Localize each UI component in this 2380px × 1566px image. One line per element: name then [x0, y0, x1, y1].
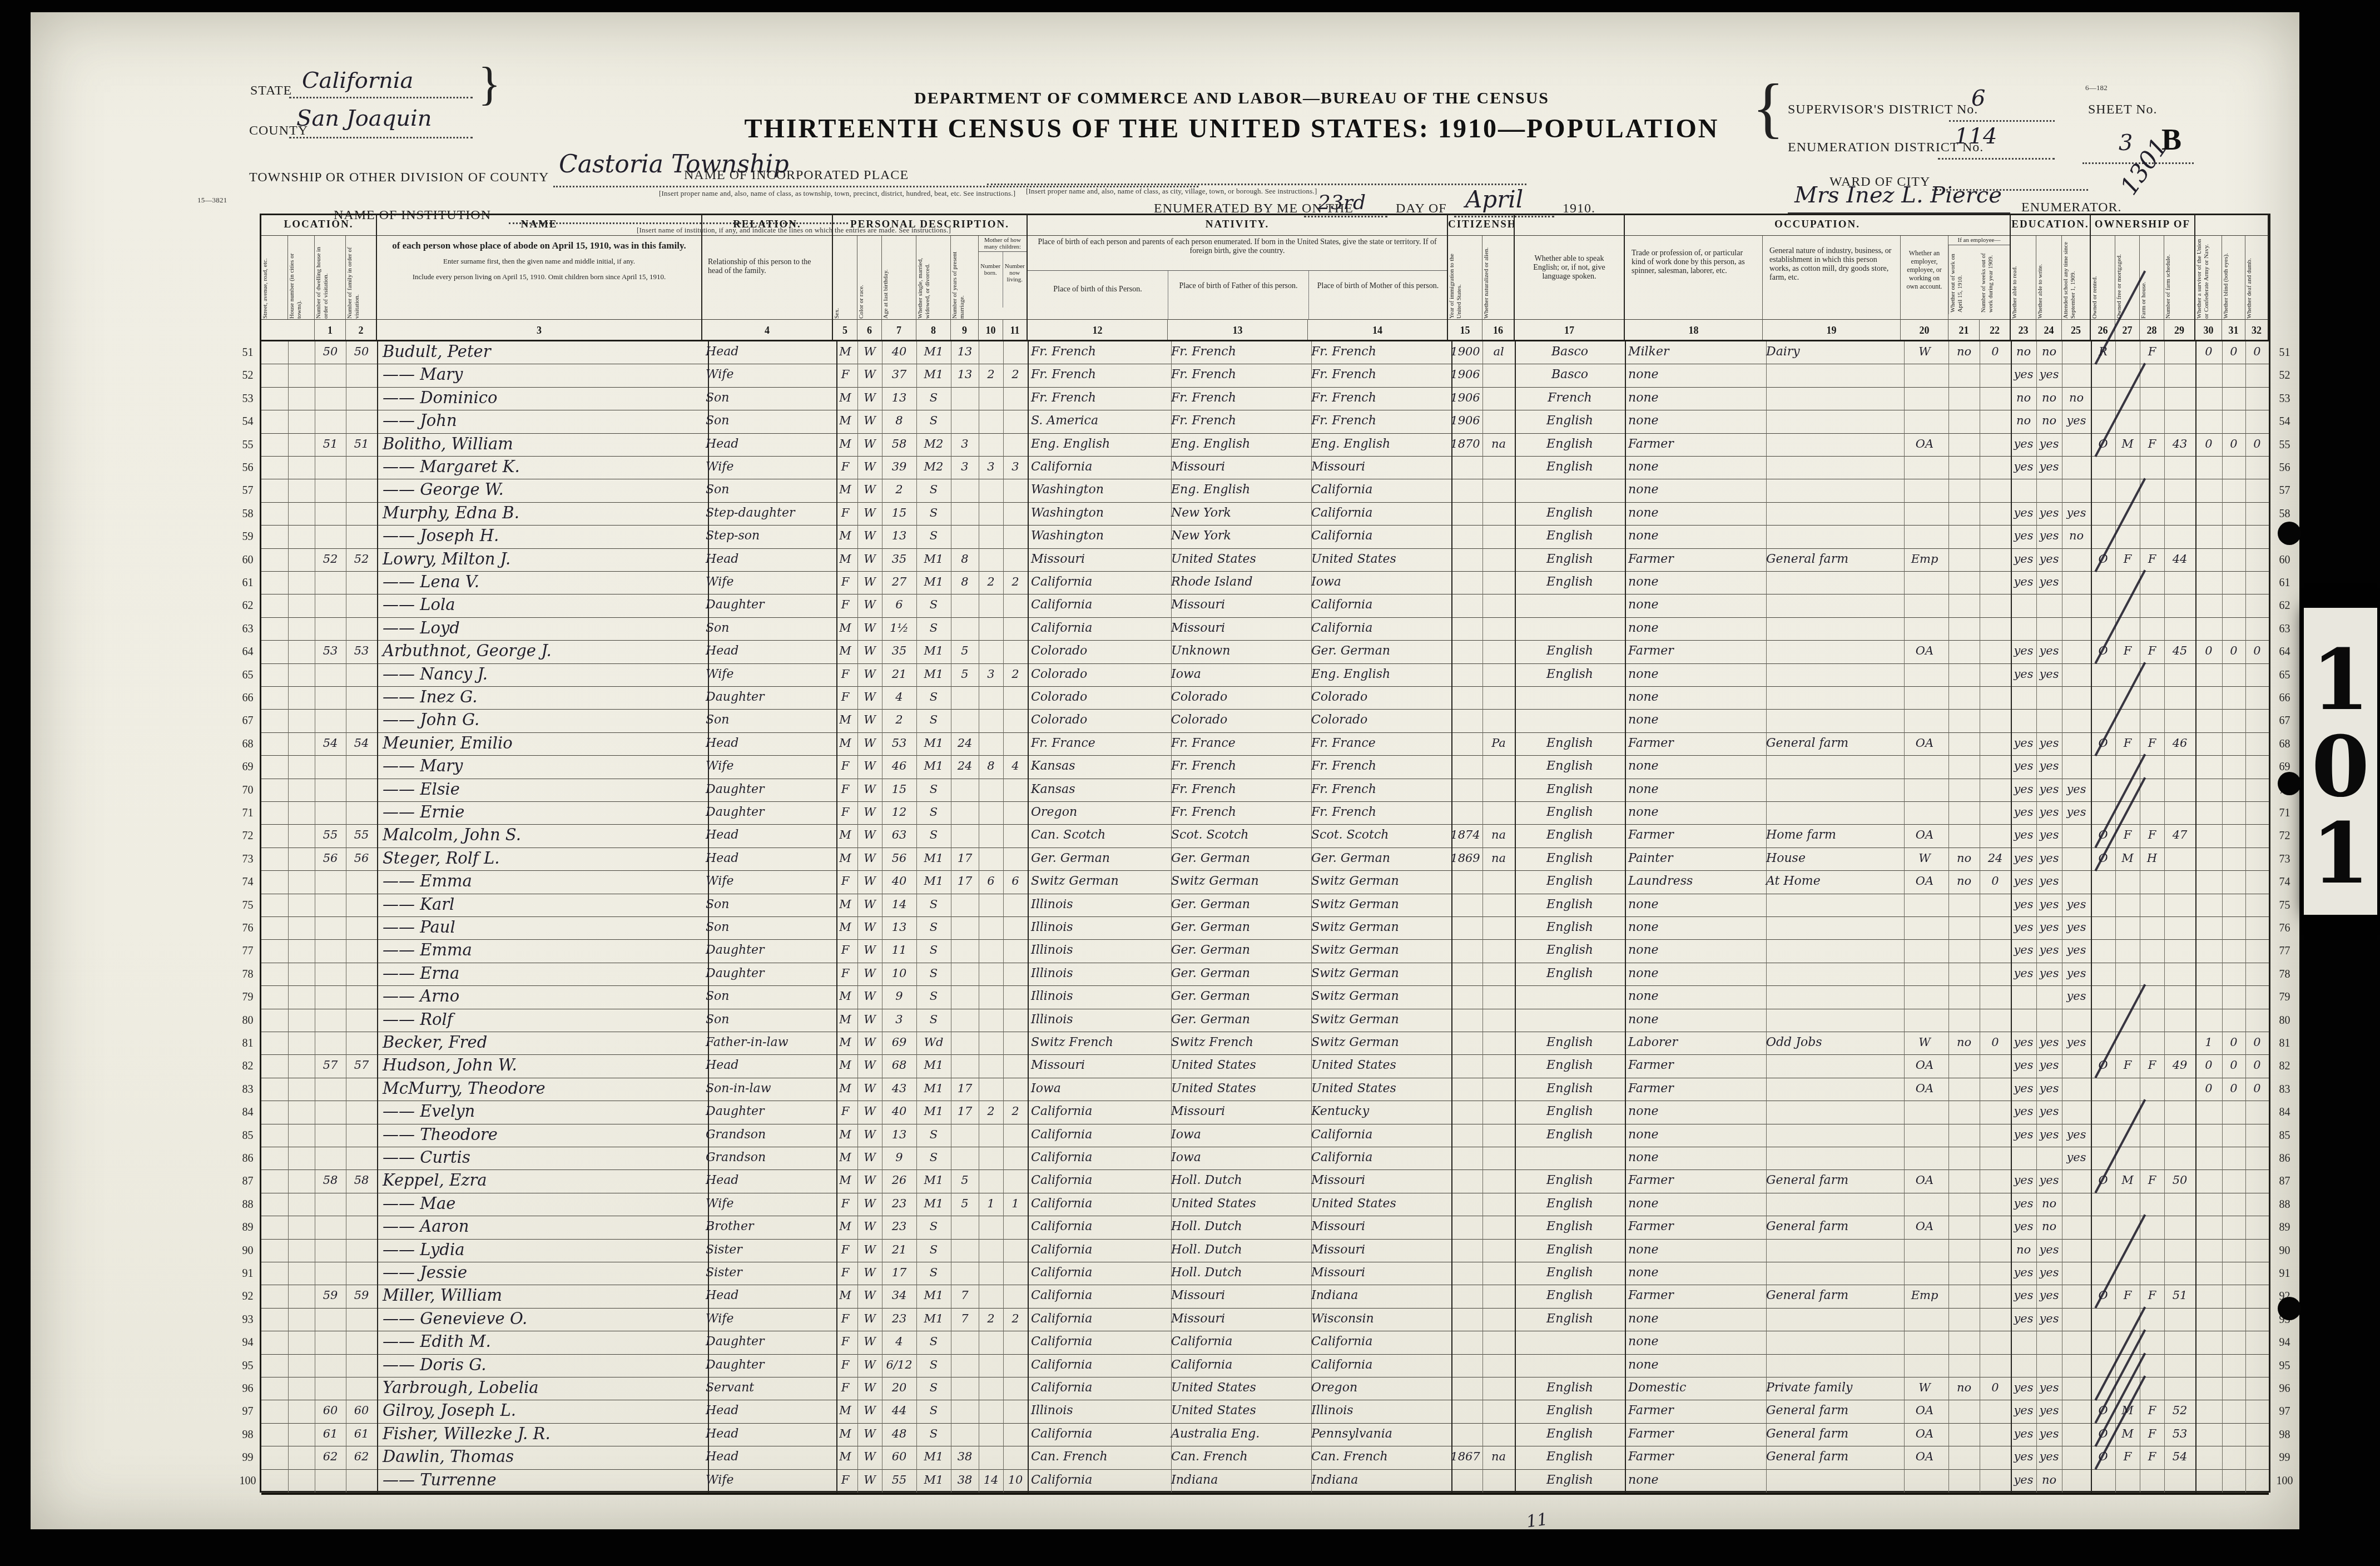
cell-imm: [1448, 1147, 1483, 1170]
cell-deaf: [2245, 1377, 2270, 1400]
cell-age: 23: [882, 1193, 917, 1216]
cell-out: [1948, 503, 1980, 526]
cell-vet: [2195, 1262, 2223, 1285]
cell-fam: [346, 618, 378, 641]
cell-free: [2115, 687, 2140, 710]
cell-pobf: United States: [1168, 1055, 1312, 1078]
cell-street: [261, 1331, 289, 1354]
column-group-header: [1515, 214, 1625, 236]
cell-cl: [1003, 1424, 1029, 1446]
cell-house: [288, 1309, 315, 1331]
cell-fam: [346, 917, 378, 940]
cell-name: —— Loyd: [377, 618, 709, 641]
cell-blind: [2222, 1331, 2246, 1354]
cell-sched: [2164, 388, 2196, 410]
cell-blind: [2222, 1262, 2246, 1285]
cell-ind: General farm: [1763, 1170, 1905, 1193]
cell-out: [1948, 940, 1980, 963]
cell-street: [261, 1055, 289, 1078]
cell-occ: Milker: [1625, 341, 1767, 364]
cell-farm: F: [2140, 341, 2165, 364]
cell-write: [2036, 1147, 2062, 1170]
cell-pob: Washington: [1028, 503, 1172, 526]
cell-vet: [2195, 479, 2223, 502]
line-number: 54: [236, 410, 259, 433]
cell-own: [2091, 917, 2116, 940]
cell-sex: F: [833, 572, 858, 594]
cell-lang: English: [1515, 1446, 1626, 1469]
cell-pobf: Can. French: [1168, 1446, 1312, 1469]
cell-fam: [346, 871, 378, 894]
cell-free: F: [2115, 1285, 2140, 1308]
cell-fam: [346, 503, 378, 526]
cell-occ: Farmer: [1625, 1285, 1767, 1308]
cell-read: [2011, 594, 2037, 617]
cell-color: W: [857, 1078, 882, 1101]
cell-name: —— Dominico: [377, 388, 709, 410]
cell-dw: 51: [315, 434, 346, 457]
cell-yrs: [951, 1377, 979, 1400]
cell-imm: [1448, 549, 1483, 572]
cell-color: W: [857, 733, 882, 756]
cell-name: —— Turrenne: [377, 1470, 709, 1493]
cell-pobf: United States: [1168, 1400, 1312, 1423]
cell-emp: [1901, 1147, 1949, 1170]
cell-read: [2011, 479, 2037, 502]
cell-deaf: [2245, 457, 2270, 479]
cell-sex: M: [833, 1124, 858, 1147]
cell-street: [261, 479, 289, 502]
cell-pobf: Ger. German: [1168, 940, 1312, 963]
cell-sex: F: [833, 1470, 858, 1493]
cell-out: [1948, 594, 1980, 617]
cell-occ: none: [1625, 894, 1767, 917]
cell-name: —— Ernie: [377, 802, 709, 825]
cell-school: [2062, 1240, 2092, 1262]
cell-nat: [1482, 1101, 1516, 1124]
cell-cl: [1003, 1009, 1029, 1032]
cell-read: yes: [2011, 802, 2037, 825]
cell-pob: Can. French: [1028, 1446, 1172, 1469]
cell-pob: California: [1028, 572, 1172, 594]
cell-rel: Son: [702, 479, 837, 502]
cell-street: [261, 1377, 289, 1400]
cell-sex: M: [833, 710, 858, 732]
cell-blind: [2222, 1400, 2246, 1423]
cell-pobm: California: [1308, 1355, 1452, 1377]
cell-ind: [1763, 1331, 1905, 1354]
cell-mar: S: [916, 388, 951, 410]
cell-pobf: United States: [1168, 1377, 1312, 1400]
cell-sched: [2164, 479, 2196, 502]
cell-name: Murphy, Edna B.: [377, 503, 709, 526]
cell-emp: [1901, 1262, 1949, 1285]
cell-nat: [1482, 1240, 1516, 1262]
cell-mar: M1: [916, 549, 951, 572]
cell-name: —— Rolf: [377, 1009, 709, 1032]
cell-fam: [346, 572, 378, 594]
line-number: 62: [2272, 594, 2297, 617]
cell-lang: [1515, 1331, 1626, 1354]
cell-dw: [315, 664, 346, 687]
cell-street: [261, 963, 289, 986]
cell-yrs: [951, 1124, 979, 1147]
cell-read: yes: [2011, 549, 2037, 572]
cell-farm: [2140, 594, 2165, 617]
cell-age: 40: [882, 1101, 917, 1124]
cell-name: Fisher, Willezke J. R.: [377, 1424, 709, 1446]
cell-nat: [1482, 1009, 1516, 1032]
cell-own: [2091, 1193, 2116, 1216]
cell-free: F: [2115, 549, 2140, 572]
cell-occ: none: [1625, 1262, 1767, 1285]
cell-dw: [315, 710, 346, 732]
cell-imm: [1448, 594, 1483, 617]
cell-yrs: [951, 1262, 979, 1285]
col-desc-vertical: Owned free or mortgaged.: [2115, 236, 2140, 319]
cell-occ: none: [1625, 1331, 1767, 1354]
cell-imm: [1448, 503, 1483, 526]
cell-mar: M1: [916, 664, 951, 687]
cell-pobm: Colorado: [1308, 710, 1452, 732]
cell-dw: [315, 1193, 346, 1216]
cell-out: [1948, 986, 1980, 1009]
cell-fam: [346, 710, 378, 732]
cell-vet: [2195, 526, 2223, 548]
cell-color: W: [857, 434, 882, 457]
cell-school: no: [2062, 526, 2092, 548]
cell-dw: [315, 410, 346, 433]
cell-farm: [2140, 940, 2165, 963]
cell-street: [261, 687, 289, 710]
cell-emp: [1901, 618, 1949, 641]
cell-fam: [346, 986, 378, 1009]
cell-house: [288, 1400, 315, 1423]
cell-street: [261, 825, 289, 848]
cell-age: 2: [882, 479, 917, 502]
cell-occ: none: [1625, 1147, 1767, 1170]
cell-yrs: 17: [951, 871, 979, 894]
line-number: 72: [236, 825, 259, 848]
cell-lang: English: [1515, 1309, 1626, 1331]
cell-pob: Colorado: [1028, 687, 1172, 710]
cell-dw: 60: [315, 1400, 346, 1423]
cell-mar: S: [916, 594, 951, 617]
cell-own: [2091, 779, 2116, 802]
cell-dw: [315, 1078, 346, 1101]
cell-cb: [979, 1377, 1004, 1400]
cell-house: [288, 618, 315, 641]
cell-cb: 1: [979, 1193, 1004, 1216]
cell-cb: [979, 1446, 1004, 1469]
cell-house: [288, 1193, 315, 1216]
cell-vet: 0: [2195, 434, 2223, 457]
cell-street: [261, 434, 289, 457]
cell-rel: Head: [702, 1055, 837, 1078]
cell-imm: 1870: [1448, 434, 1483, 457]
cell-blind: [2222, 1470, 2246, 1493]
cell-nat: [1482, 572, 1516, 594]
cell-color: W: [857, 802, 882, 825]
cell-sex: F: [833, 687, 858, 710]
cell-blind: [2222, 364, 2246, 387]
cell-yrs: 5: [951, 664, 979, 687]
cell-write: yes: [2036, 1400, 2062, 1423]
cell-write: yes: [2036, 1285, 2062, 1308]
cell-color: W: [857, 940, 882, 963]
cell-dw: [315, 1470, 346, 1493]
cell-own: [2091, 479, 2116, 502]
cell-name: McMurry, Theodore: [377, 1078, 709, 1101]
cell-cl: [1003, 848, 1029, 871]
cell-rel: Head: [702, 848, 837, 871]
cell-rel: Servant: [702, 1377, 837, 1400]
cell-dw: [315, 364, 346, 387]
cell-street: [261, 733, 289, 756]
cell-blind: [2222, 410, 2246, 433]
cell-wks: [1980, 503, 2012, 526]
cell-imm: [1448, 733, 1483, 756]
line-number: 77: [236, 940, 259, 963]
column-number: 32: [2245, 319, 2269, 341]
cell-house: [288, 894, 315, 917]
cell-cl: [1003, 894, 1029, 917]
cell-blind: [2222, 594, 2246, 617]
cell-nat: [1482, 894, 1516, 917]
cell-blind: 0: [2222, 1078, 2246, 1101]
cell-vet: [2195, 871, 2223, 894]
cell-read: [2011, 710, 2037, 732]
cell-age: 13: [882, 388, 917, 410]
cell-color: W: [857, 1400, 882, 1423]
cell-nat: [1482, 526, 1516, 548]
cell-deaf: [2245, 503, 2270, 526]
cell-vet: [2195, 825, 2223, 848]
col-desc-language: Whether able to speak English; or, if no…: [1515, 236, 1625, 319]
cell-deaf: [2245, 802, 2270, 825]
cell-pob: California: [1028, 1216, 1172, 1239]
cell-ind: [1763, 503, 1905, 526]
cell-yrs: 38: [951, 1446, 979, 1469]
cell-imm: [1448, 1400, 1483, 1423]
cell-nat: [1482, 687, 1516, 710]
cell-read: yes: [2011, 364, 2037, 387]
cell-dw: 62: [315, 1446, 346, 1469]
cell-school: yes: [2062, 1032, 2092, 1055]
cell-name: —— Erna: [377, 963, 709, 986]
cell-lang: English: [1515, 526, 1626, 548]
cell-age: 63: [882, 825, 917, 848]
cell-age: 53: [882, 733, 917, 756]
cell-ind: [1763, 917, 1905, 940]
cell-dw: [315, 526, 346, 548]
cell-vet: [2195, 1355, 2223, 1377]
cell-age: 15: [882, 779, 917, 802]
cell-dw: [315, 1147, 346, 1170]
cell-write: yes: [2036, 434, 2062, 457]
line-number: 88: [2272, 1193, 2297, 1216]
cell-rel: Son: [702, 410, 837, 433]
cell-dw: [315, 572, 346, 594]
cell-pob: California: [1028, 594, 1172, 617]
incorporated-note: [Insert proper name and, also, name of c…: [1026, 187, 1317, 196]
cell-age: 13: [882, 1124, 917, 1147]
cell-write: [2036, 618, 2062, 641]
cell-out: [1948, 894, 1980, 917]
cell-occ: none: [1625, 917, 1767, 940]
cell-farm: F: [2140, 549, 2165, 572]
cell-rel: Daughter: [702, 1101, 837, 1124]
cell-farm: [2140, 1470, 2165, 1493]
cell-pobf: United States: [1168, 1078, 1312, 1101]
cell-school: yes: [2062, 917, 2092, 940]
census-sheet: 15—3821 STATE California } COUNTY San Jo…: [31, 12, 2299, 1529]
cell-emp: Emp: [1901, 1285, 1949, 1308]
cell-sched: 45: [2164, 641, 2196, 663]
cell-deaf: 0: [2245, 1055, 2270, 1078]
cell-sched: [2164, 572, 2196, 594]
cell-cl: 3: [1003, 457, 1029, 479]
cell-lang: English: [1515, 963, 1626, 986]
cell-pobf: Fr. French: [1168, 341, 1312, 364]
cell-pobf: Iowa: [1168, 1124, 1312, 1147]
cell-out: [1948, 1262, 1980, 1285]
cell-vet: [2195, 1124, 2223, 1147]
cell-dw: [315, 1331, 346, 1354]
cell-cl: [1003, 733, 1029, 756]
cell-yrs: [951, 825, 979, 848]
cell-farm: [2140, 917, 2165, 940]
cell-street: [261, 1240, 289, 1262]
cell-lang: English: [1515, 894, 1626, 917]
cell-cb: [979, 1147, 1004, 1170]
cell-mar: S: [916, 802, 951, 825]
cell-wks: [1980, 1078, 2012, 1101]
cell-yrs: [951, 1424, 979, 1446]
cell-fam: [346, 963, 378, 986]
cell-school: [2062, 1309, 2092, 1331]
cell-blind: [2222, 388, 2246, 410]
cell-color: W: [857, 1101, 882, 1124]
cell-wks: [1980, 779, 2012, 802]
cell-mar: S: [916, 503, 951, 526]
cell-occ: Farmer: [1625, 434, 1767, 457]
brace-left: }: [478, 63, 500, 106]
cell-emp: [1901, 894, 1949, 917]
cell-sched: [2164, 848, 2196, 871]
cell-pobf: Missouri: [1168, 1285, 1312, 1308]
cell-mar: M1: [916, 1170, 951, 1193]
cell-pobf: Eng. English: [1168, 479, 1312, 502]
cell-pobf: Fr. French: [1168, 756, 1312, 779]
cell-occ: none: [1625, 1240, 1767, 1262]
cell-deaf: [2245, 1400, 2270, 1423]
cell-rel: Head: [702, 1170, 837, 1193]
cell-rel: Son: [702, 986, 837, 1009]
cell-cl: [1003, 503, 1029, 526]
cell-sched: [2164, 1216, 2196, 1239]
cell-blind: [2222, 1240, 2246, 1262]
cell-cl: [1003, 1262, 1029, 1285]
cell-sched: 52: [2164, 1400, 2196, 1423]
line-number: 84: [2272, 1101, 2297, 1124]
cell-out: [1948, 1424, 1980, 1446]
cell-name: —— Lydia: [377, 1240, 709, 1262]
cell-dw: 57: [315, 1055, 346, 1078]
cell-lang: Basco: [1515, 341, 1626, 364]
cell-sched: [2164, 986, 2196, 1009]
cell-read: yes: [2011, 894, 2037, 917]
cell-imm: [1448, 526, 1483, 548]
cell-cl: [1003, 802, 1029, 825]
cell-cb: 2: [979, 572, 1004, 594]
line-number: 85: [236, 1124, 259, 1147]
cell-age: 34: [882, 1285, 917, 1308]
cell-age: 48: [882, 1424, 917, 1446]
cell-street: [261, 641, 289, 663]
line-number: 76: [2272, 917, 2297, 940]
cell-read: yes: [2011, 940, 2037, 963]
cell-pob: Colorado: [1028, 641, 1172, 663]
cell-emp: [1901, 1355, 1949, 1377]
cell-deaf: [2245, 479, 2270, 502]
cell-out: [1948, 1355, 1980, 1377]
cell-pob: Illinois: [1028, 917, 1172, 940]
line-number: 89: [2272, 1216, 2297, 1239]
cell-read: [2011, 687, 2037, 710]
cell-mar: M1: [916, 1078, 951, 1101]
cell-ind: [1763, 940, 1905, 963]
cell-mar: S: [916, 1216, 951, 1239]
col-desc-mother: Mother of how many children:Number born.…: [979, 236, 1028, 319]
cell-out: [1948, 410, 1980, 433]
cell-cb: [979, 986, 1004, 1009]
cell-farm: [2140, 1193, 2165, 1216]
cell-imm: [1448, 963, 1483, 986]
cell-sched: [2164, 1377, 2196, 1400]
cell-farm: [2140, 871, 2165, 894]
cell-mar: M1: [916, 364, 951, 387]
cell-lang: English: [1515, 1285, 1626, 1308]
cell-dw: [315, 618, 346, 641]
cell-vet: [2195, 687, 2223, 710]
col-desc-vertical: Year of immigration to the United States…: [1448, 236, 1482, 319]
cell-vet: 0: [2195, 1055, 2223, 1078]
line-number: 51: [2272, 341, 2297, 364]
cell-color: W: [857, 1309, 882, 1331]
line-number: 60: [2272, 549, 2297, 572]
cell-imm: [1448, 894, 1483, 917]
cell-rel: Daughter: [702, 779, 837, 802]
cell-write: yes: [2036, 917, 2062, 940]
cell-name: —— Lola: [377, 594, 709, 617]
cell-sex: F: [833, 1309, 858, 1331]
cell-pobm: California: [1308, 1124, 1452, 1147]
cell-deaf: 0: [2245, 1032, 2270, 1055]
cell-ind: [1763, 963, 1905, 986]
cell-farm: [2140, 802, 2165, 825]
cell-out: [1948, 1193, 1980, 1216]
cell-nat: [1482, 1147, 1516, 1170]
cell-imm: [1448, 687, 1483, 710]
cell-sex: F: [833, 1262, 858, 1285]
cell-rel: Son: [702, 618, 837, 641]
cell-out: [1948, 664, 1980, 687]
cell-house: [288, 526, 315, 548]
cell-cl: [1003, 479, 1029, 502]
cell-pobf: Fr. France: [1168, 733, 1312, 756]
cell-out: no: [1948, 341, 1980, 364]
